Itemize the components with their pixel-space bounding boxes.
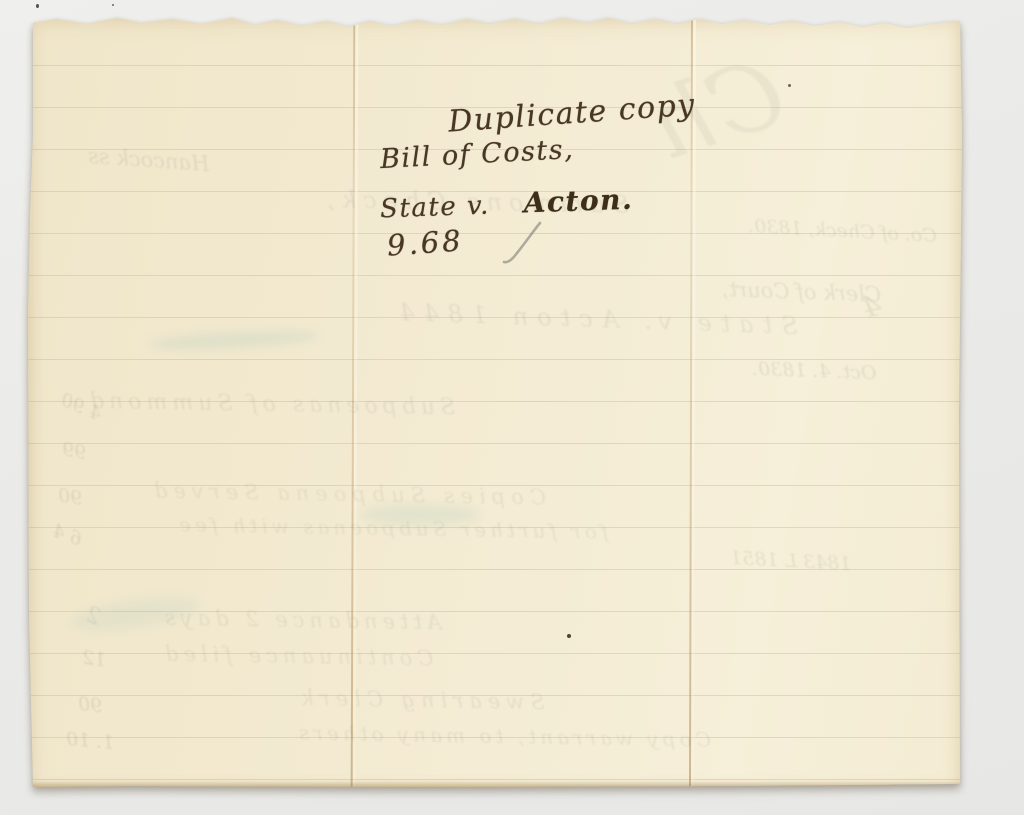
dust-speck [36,4,39,8]
ink-smudge [360,505,480,525]
bleedthrough-number: 99 [60,438,88,464]
bleedthrough-number: 12 [81,646,108,671]
pen-tick-stroke [498,220,554,268]
bleedthrough-number: 90 [57,484,84,509]
bleedthrough-line: Swearing Clerk [295,686,545,714]
handwritten-amount: 9.68 [386,223,465,262]
dust-speck [567,634,571,638]
dust-speck [112,4,114,6]
bleedthrough-number: 1. 10 [65,728,115,754]
scanned-document-background: Ch Hancock ss Summons Check, Co. of Chec… [0,0,1024,815]
bleedthrough-line: Continuance filed [160,642,434,671]
bleedthrough-line: Attendance 2 days [160,606,442,635]
case-parties: State v. [380,191,491,225]
bleedthrough-number: 90 [77,693,103,717]
case-defendant: Acton. [523,183,634,220]
dust-speck [788,84,791,87]
bleedthrough-line: Oct. 4. 1830. [752,358,877,384]
